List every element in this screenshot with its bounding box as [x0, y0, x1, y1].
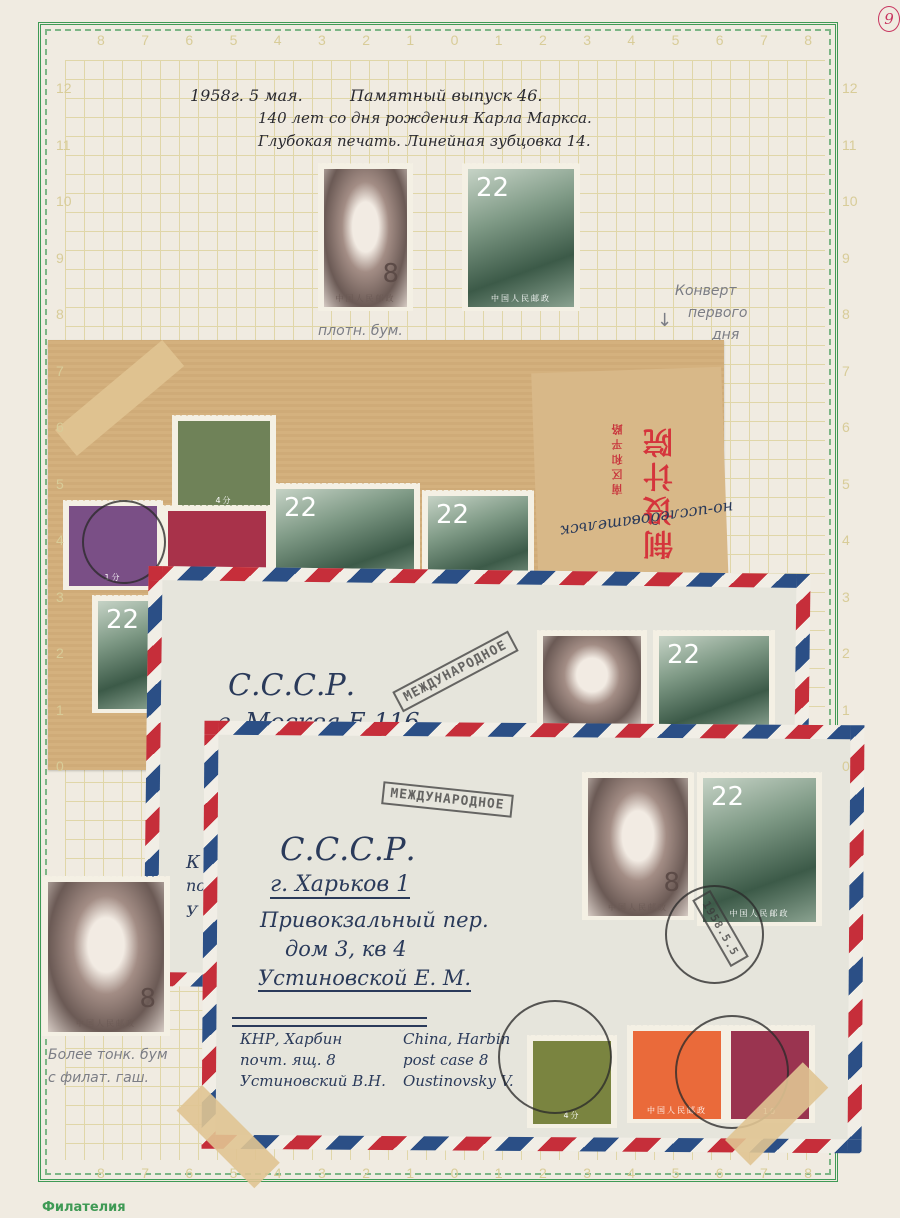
sender-divider — [232, 1017, 427, 1027]
scale-number: 1 — [56, 702, 64, 718]
scale-number: 4 — [627, 1165, 635, 1181]
scale-number: 12 — [56, 80, 72, 96]
scale-number: 2 — [842, 645, 850, 661]
scale-number: 4 — [274, 1165, 282, 1181]
scale-number: 6 — [716, 32, 724, 48]
paper-note: плотн. бум. — [318, 323, 403, 339]
recipient-name: Устиновской Е. М. — [258, 966, 471, 992]
scale-number: 6 — [716, 1165, 724, 1181]
recipient-country: С.С.С.Р. — [280, 830, 416, 868]
scale-number: 5 — [842, 476, 850, 492]
scale-number: 6 — [56, 419, 64, 435]
scale-number: 1 — [406, 1165, 414, 1181]
scale-number: 2 — [539, 1165, 547, 1181]
scale-number: 11 — [56, 137, 71, 153]
scale-number: 5 — [672, 32, 680, 48]
scale-number: 9 — [56, 250, 64, 266]
scale-number: 4 — [56, 532, 64, 548]
scale-number: 2 — [362, 1165, 370, 1181]
scale-number: 10 — [842, 193, 858, 209]
scale-number: 3 — [583, 32, 591, 48]
scale-number: 9 — [842, 250, 850, 266]
scale-number: 0 — [842, 758, 850, 774]
recipient-street: Привокзальный пер. — [260, 908, 489, 932]
scale-number: 0 — [56, 758, 64, 774]
scale-number: 7 — [141, 1165, 149, 1181]
scale-number: 4 — [627, 32, 635, 48]
sender-ru-2: почт. ящ. 8 — [240, 1051, 336, 1069]
scale-number: 10 — [56, 193, 72, 209]
scale-number: 3 — [318, 1165, 326, 1181]
scale-number: 11 — [842, 137, 857, 153]
scale-number: 6 — [185, 1165, 193, 1181]
red-print-small: 南区和平路 — [610, 420, 626, 495]
arrow-down-icon: ↓ — [657, 310, 672, 331]
back-sender-3: У — [186, 902, 198, 921]
sender-ru-3: Устиновский В.Н. — [240, 1072, 386, 1090]
sender-en-3: Oustinovsky V. — [403, 1072, 514, 1090]
sender-en-2: post case 8 — [403, 1051, 488, 1069]
scale-number: 5 — [230, 32, 238, 48]
scale-number: 1 — [495, 32, 503, 48]
scale-number: 8 — [97, 32, 105, 48]
red-print-large: 制设计院 — [640, 410, 684, 560]
recipient-city: г. Харьков 1 — [270, 872, 410, 899]
back-cover-stamp-22: 22 — [653, 630, 775, 735]
scale-number: 8 — [804, 32, 812, 48]
back-cover-stamp-8 — [537, 630, 647, 735]
scale-number: 7 — [56, 363, 64, 379]
back-cover-country: С.С.С.Р. — [228, 668, 355, 703]
scale-number: 5 — [672, 1165, 680, 1181]
scale-number: 8 — [97, 1165, 105, 1181]
scale-number: 6 — [842, 419, 850, 435]
heading-date: 1958г. 5 мая. — [190, 86, 303, 105]
scale-number: 8 — [842, 306, 850, 322]
album-page: 9 1958г. 5 мая. Памятный выпуск 46. 140 … — [0, 0, 900, 1218]
scale-number: 4 — [842, 532, 850, 548]
kraft-cover-label — [531, 367, 729, 593]
loose-stamp-8: 8中国人民邮政 — [42, 876, 170, 1038]
kraft-stamp-4fen: 4分 — [172, 415, 276, 515]
postmark-bottom-left — [498, 1000, 612, 1114]
loose-stamp-note-1: Более тонк. бум — [48, 1047, 168, 1063]
heading-line3: Глубокая печать. Линейная зубцовка 14. — [258, 132, 591, 150]
scale-number: 7 — [760, 32, 768, 48]
scale-number: 3 — [583, 1165, 591, 1181]
scale-number: 7 — [141, 32, 149, 48]
scale-number: 7 — [760, 1165, 768, 1181]
fdc-note-2: первого — [688, 305, 747, 321]
heading-issue: Памятный выпуск 46. — [350, 86, 542, 105]
scale-number: 2 — [362, 32, 370, 48]
page-number: 9 — [878, 6, 900, 32]
stamp-marx-portrait-8: 8中国人民邮政 — [318, 163, 413, 313]
heading-line2: 140 лет со дня рождения Карла Маркса. — [258, 109, 592, 127]
scale-number: 6 — [185, 32, 193, 48]
scale-number: 3 — [842, 589, 850, 605]
scale-number: 7 — [842, 363, 850, 379]
scale-number: 1 — [842, 702, 850, 718]
scale-number: 2 — [539, 32, 547, 48]
scale-number: 8 — [56, 306, 64, 322]
scale-number: 1 — [406, 32, 414, 48]
front-stamp-8: 8中国人民邮政 — [582, 772, 694, 922]
recipient-house: дом 3, кв 4 — [285, 937, 407, 961]
scale-number: 5 — [56, 476, 64, 492]
fdc-note-1: Конверт — [675, 283, 737, 299]
sender-ru-1: КНР, Харбин — [240, 1030, 342, 1048]
sender-en-1: China, Harbin — [403, 1030, 510, 1048]
scale-number: 3 — [56, 589, 64, 605]
scale-number: 0 — [451, 1165, 459, 1181]
scale-number: 12 — [842, 80, 858, 96]
scale-number: 3 — [318, 32, 326, 48]
loose-stamp-note-2: с филат. гаш. — [48, 1070, 149, 1086]
scale-number: 8 — [804, 1165, 812, 1181]
publisher-label: Филателия — [42, 1200, 126, 1215]
stamp-marx-speech-22: 22中国人民邮政 — [462, 163, 580, 313]
scale-number: 4 — [274, 32, 282, 48]
scale-number: 2 — [56, 645, 64, 661]
scale-number: 0 — [451, 32, 459, 48]
scale-number: 1 — [495, 1165, 503, 1181]
scale-number: 5 — [230, 1165, 238, 1181]
back-sender-1: К — [186, 852, 200, 873]
